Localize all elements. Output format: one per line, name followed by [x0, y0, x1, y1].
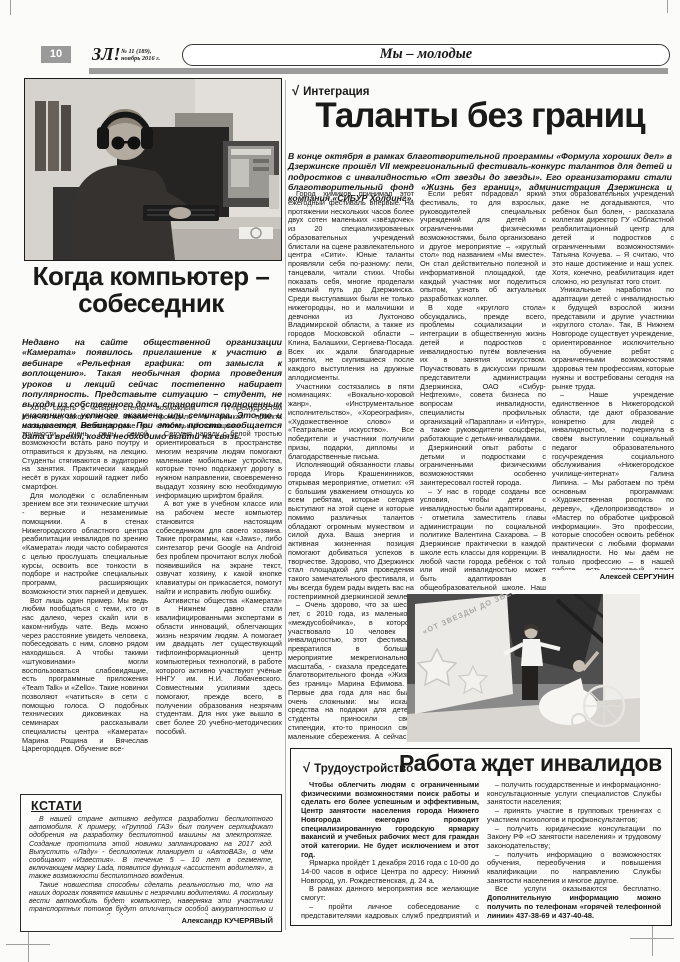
talents-article-column-1: Город химиков принимал этот ежегодный фе… [288, 190, 414, 740]
talents-article-author: Алексей СЕРГУНИН [552, 572, 674, 581]
paragraph: – пройти личное собеседование с представ… [301, 903, 479, 919]
paragraph: этих образовательных учреждений даже не … [552, 190, 674, 286]
talents-article-lead: В конце октября в рамках благотворительн… [288, 151, 672, 187]
paragraph: В рамках данного мероприятия все желающи… [301, 885, 479, 902]
crop-mark-top-right [667, 0, 668, 13]
paragraph: Хотя, сидеть в четырёх стенах, конечно ж… [22, 404, 148, 492]
paragraph: Активисты общества «Камерата» в Нижнем д… [156, 597, 282, 737]
check-icon: √ [303, 760, 310, 775]
wheelchair-dancer-head [573, 660, 585, 672]
binder [35, 101, 46, 171]
photo-festival-dance-graphic [407, 594, 640, 742]
header-divider-bar [89, 68, 668, 74]
jobs-contact-info: Дополнительную информацию можно получить… [487, 893, 661, 919]
kstati-body: В нашей стране активно ведутся разработк… [29, 815, 273, 915]
speaker [269, 175, 279, 209]
paragraph: – получить юридические консультации по З… [487, 825, 661, 851]
person-hand [169, 207, 191, 219]
jobs-box: √Трудоустройство Работа ждет инвалидов Ч… [290, 748, 672, 926]
talents-article-column-3: этих образовательных учреждений даже не … [552, 190, 674, 570]
dancer-pants [522, 666, 538, 700]
dancer-shirt [521, 639, 543, 666]
issue-date: ноябрь 2016 г. [121, 55, 160, 62]
binder [61, 105, 71, 171]
check-icon: √ [292, 83, 299, 98]
headphone-cup [141, 127, 153, 149]
column-divider [285, 80, 286, 930]
rubric-employment: √Трудоустройство [303, 760, 413, 775]
jobs-intro-paragraph: Чтобы облегчить людям с ограниченными фи… [301, 781, 479, 859]
kstati-title: КСТАТИ [31, 799, 82, 813]
computer-article-column-2: возможным IT-премудростям проходило в ра… [156, 404, 282, 790]
jobs-free-note: Все услуги оказываются бесплатно. [495, 884, 661, 893]
talents-article-column-2: Если ребят порадовал яркий фестиваль, то… [420, 190, 546, 594]
jobs-column-right: – получить государственные и информацион… [487, 781, 661, 919]
paragraph: Для молодёжи с ослабленным зрением все э… [22, 492, 148, 597]
paragraph: Дзержинский опыт работы с детьми и подро… [420, 444, 546, 488]
paragraph: – получить информацию о возможностях обу… [487, 851, 661, 886]
photo-man-at-computer [24, 78, 282, 261]
kstati-author: Александр КУЧЕРЯВЫЙ [29, 916, 273, 925]
page-number: 10 [41, 46, 71, 63]
jobs-column-left: Чтобы облегчить людям с ограниченными фи… [301, 781, 479, 919]
crop-mark-top-left [10, 0, 11, 15]
paragraph: Участники состязались в пяти номинациях:… [288, 383, 414, 462]
paragraph: – получить государственные и информацион… [487, 781, 661, 807]
jobs-free-services-paragraph: Все услуги оказываются бесплатно. Дополн… [487, 885, 661, 919]
paragraph: Сегодня наряду с белой тростью ориентиро… [156, 430, 282, 500]
paragraph: В ходе «круглого стола» обсуждались, пре… [420, 304, 546, 444]
jobs-article-title: Работа ждет инвалидов [399, 751, 662, 775]
jobs-right-list: – получить государственные и информацион… [487, 781, 661, 885]
paragraph: – У нас в городе созданы все условия, чт… [420, 488, 546, 595]
computer-article-column-1: Хотя, сидеть в четырёх стенах, конечно ж… [22, 404, 148, 790]
headphone-cup [97, 127, 109, 149]
jobs-left-list: Ярмарка пройдёт 1 декабря 2016 года с 10… [301, 859, 479, 919]
binder [48, 101, 59, 171]
photo-festival-dance: «ОТ ЗВЕЗДЫ ДО ЗВЕЗДЫ» [407, 594, 640, 742]
paragraph: Уникальные наработки по адаптации детей … [552, 286, 674, 391]
paragraph: Ярмарка пройдёт 1 декабря 2016 года с 10… [301, 859, 479, 885]
talents-article-title: Таланты без границ [288, 98, 672, 134]
paragraph: Такие новшества способны сделать реально… [29, 881, 273, 915]
paragraph: – Очень здорово, что за шесть лет, с 201… [288, 601, 414, 740]
section-title-banner: Мы – молодые [182, 44, 670, 66]
masthead-logo: ЗЛ! [92, 45, 121, 63]
newspaper-page: { "page": { "number": "10", "masthead": … [0, 0, 680, 962]
cd-case [239, 227, 273, 239]
paragraph: Исполняющий обязанности главы города Иго… [288, 461, 414, 601]
paragraph: – принять участие в групповых тренингах … [487, 807, 661, 824]
paragraph: возможным IT-премудростям проходило в ра… [156, 404, 282, 430]
paragraph: Вот лишь один пример. Мы ведь любим пооб… [22, 597, 148, 755]
paragraph: Город химиков принимал этот ежегодный фе… [288, 190, 414, 383]
computer-article-title: Когда компьютер – собеседник [20, 263, 282, 317]
paragraph: В нашей стране активно ведутся разработк… [29, 815, 273, 881]
issue-number: № 11 (189), [121, 48, 160, 55]
issue-info: № 11 (189), ноябрь 2016 г. [121, 48, 160, 62]
paragraph: А вот уже в учебном классе или на рабоче… [156, 500, 282, 596]
photo-man-at-computer-graphic [25, 79, 281, 260]
paragraph: – Наше учреждение единственное в Нижегор… [552, 391, 674, 570]
paragraph: Если ребят порадовал яркий фестиваль, то… [420, 190, 546, 304]
kstati-box: КСТАТИ В нашей стране активно ведутся ра… [20, 794, 282, 932]
computer-article-lead: Недавно на сайте общественной организаци… [22, 337, 282, 399]
